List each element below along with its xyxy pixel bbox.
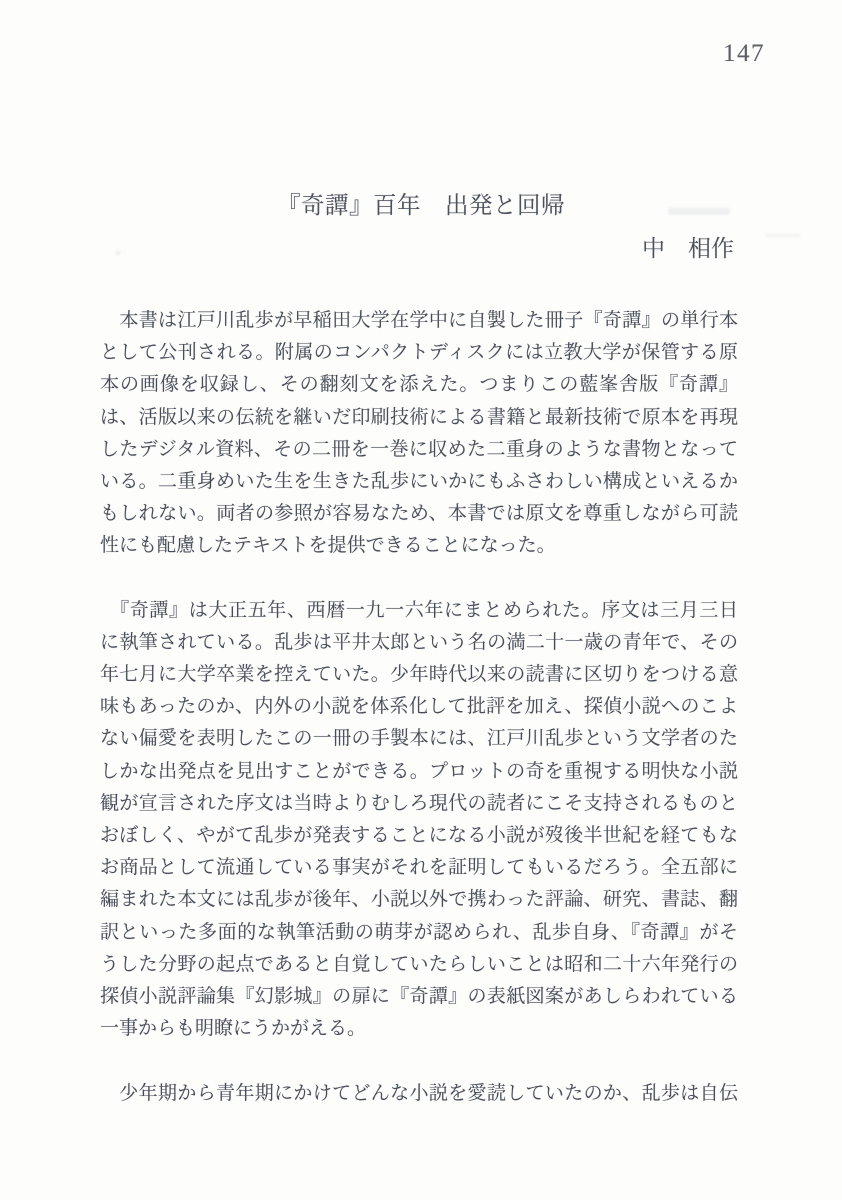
text-line: ない偏愛を表明したこの一冊の手製本には、江戸川乱歩という文学者のた — [100, 723, 738, 755]
text-line: として公刊される。附属のコンパクトディスクには立教大学が保管する原 — [100, 337, 738, 369]
scanned-page: 147 『奇譚』百年 出発と回帰 中 相作 本書は江戸川乱歩が早稲田大学在学中に… — [0, 0, 842, 1200]
paragraph: 本書は江戸川乱歩が早稲田大学在学中に自製した冊子『奇譚』の単行本 として公刊され… — [100, 305, 738, 563]
text-line: 年七月に大学卒業を控えていた。少年時代以来の読書に区切りをつける意 — [100, 659, 738, 691]
article-title: 『奇譚』百年 出発と回帰 — [277, 186, 565, 220]
text-line: 本の画像を収録し、その翻刻文を添えた。つまりこの藍峯舎版『奇譚』 — [100, 369, 738, 401]
scan-artifact — [766, 234, 800, 237]
text-line: うした分野の起点であると自覚していたらしいことは昭和二十六年発行の — [100, 949, 738, 981]
page-number: 147 — [723, 40, 765, 68]
text-line: 編まれた本文には乱歩が後年、小説以外で携わった評論、研究、書誌、翻 — [100, 884, 738, 916]
paragraph: 『奇譚』は大正五年、西暦一九一六年にまとめられた。序文は三月三日 に執筆されてい… — [100, 595, 738, 1046]
text-line: しかな出発点を見出すことができる。プロットの奇を重視する明快な小説 — [100, 756, 738, 788]
scan-artifact — [668, 208, 730, 215]
scan-artifact — [116, 251, 120, 255]
text-line: 一事からも明瞭にうかがえる。 — [100, 1013, 738, 1045]
text-line: 探偵小説評論集『幻影城』の扉に『奇譚』の表紙図案があしらわれている — [100, 981, 738, 1013]
text-line: 観が宣言された序文は当時よりむしろ現代の読者にこそ支持されるものと — [100, 788, 738, 820]
text-line: 少年期から青年期にかけてどんな小説を愛読していたのか、乱歩は自伝 — [100, 1078, 738, 1110]
paragraph: 少年期から青年期にかけてどんな小説を愛読していたのか、乱歩は自伝 — [100, 1078, 738, 1110]
text-line: お商品として流通している事実がそれを証明してもいるだろう。全五部に — [100, 852, 738, 884]
text-line: いる。二重身めいた生を生きた乱歩にいかにもふさわしい構成といえるか — [100, 466, 738, 498]
text-line: 訳といった多面的な執筆活動の萌芽が認められ、乱歩自身、『奇譚』がそ — [100, 917, 738, 949]
author-name: 中 相作 — [642, 230, 734, 263]
text-line: 性にも配慮したテキストを提供できることになった。 — [100, 530, 738, 562]
text-line: は、活版以来の伝統を継いだ印刷技術による書籍と最新技術で原本を再現 — [100, 402, 738, 434]
text-line: おぼしく、やがて乱歩が発表することになる小説が歿後半世紀を経てもな — [100, 820, 738, 852]
article-body: 本書は江戸川乱歩が早稲田大学在学中に自製した冊子『奇譚』の単行本 として公刊され… — [100, 305, 738, 1110]
text-line: もしれない。両者の参照が容易なため、本書では原文を尊重しながら可読 — [100, 498, 738, 530]
text-line: 本書は江戸川乱歩が早稲田大学在学中に自製した冊子『奇譚』の単行本 — [100, 305, 738, 337]
text-line: に執筆されている。乱歩は平井太郎という名の満二十一歳の青年で、その — [100, 627, 738, 659]
text-line: 『奇譚』は大正五年、西暦一九一六年にまとめられた。序文は三月三日 — [100, 595, 738, 627]
text-line: したデジタル資料、その二冊を一巻に収めた二重身のような書物となって — [100, 434, 738, 466]
text-line: 味もあったのか、内外の小説を体系化して批評を加え、探偵小説へのこよ — [100, 691, 738, 723]
